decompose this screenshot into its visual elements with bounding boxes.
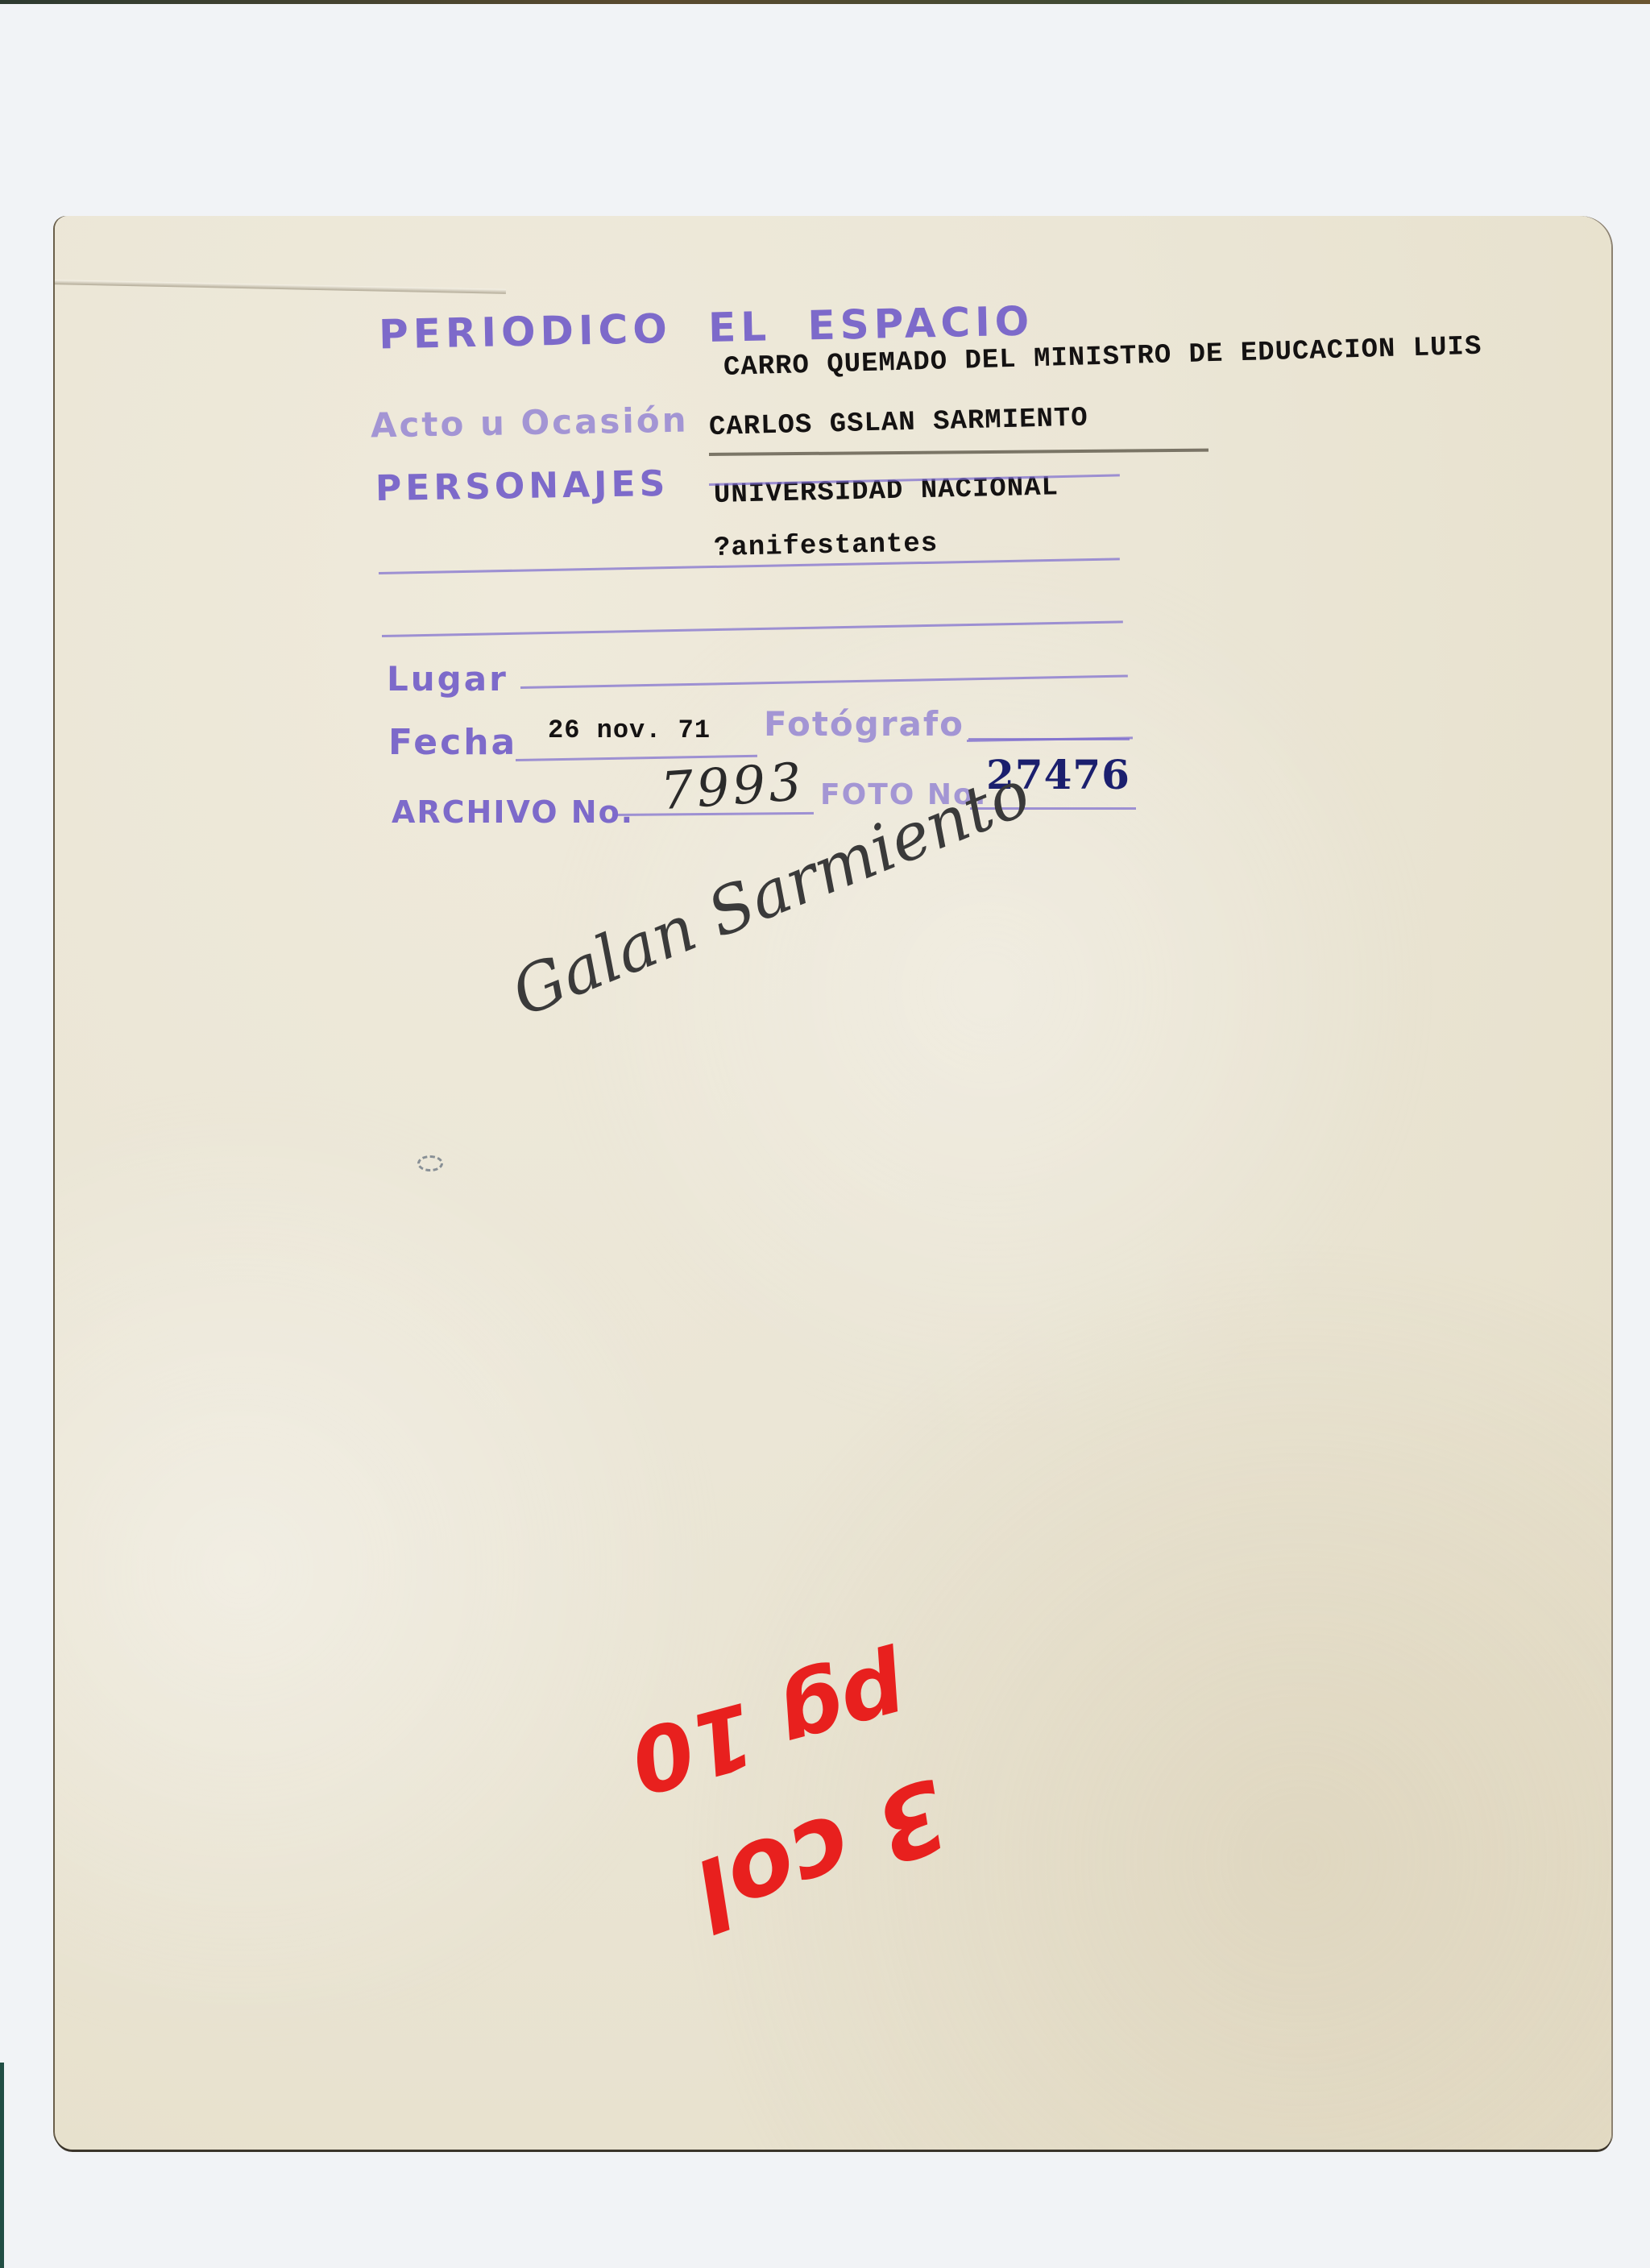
label-archivo: ARCHIVO No. xyxy=(392,794,634,830)
label-lugar: Lugar xyxy=(387,659,508,699)
scan-top-edge xyxy=(0,0,1650,4)
scan-left-edge xyxy=(0,2063,4,2268)
typed-line-4: ?anifestantes xyxy=(714,529,939,564)
label-personajes: PERSONAJES xyxy=(375,463,670,509)
rule-foto-top xyxy=(968,738,1130,740)
small-ink-mark xyxy=(417,1155,443,1171)
fecha-value: 26 nov. 71 xyxy=(548,715,711,745)
label-acto-ocasion: Acto u Ocasión xyxy=(371,400,689,446)
label-fecha: Fecha xyxy=(388,722,517,763)
label-fotografo: Fotógrafo xyxy=(764,704,964,744)
